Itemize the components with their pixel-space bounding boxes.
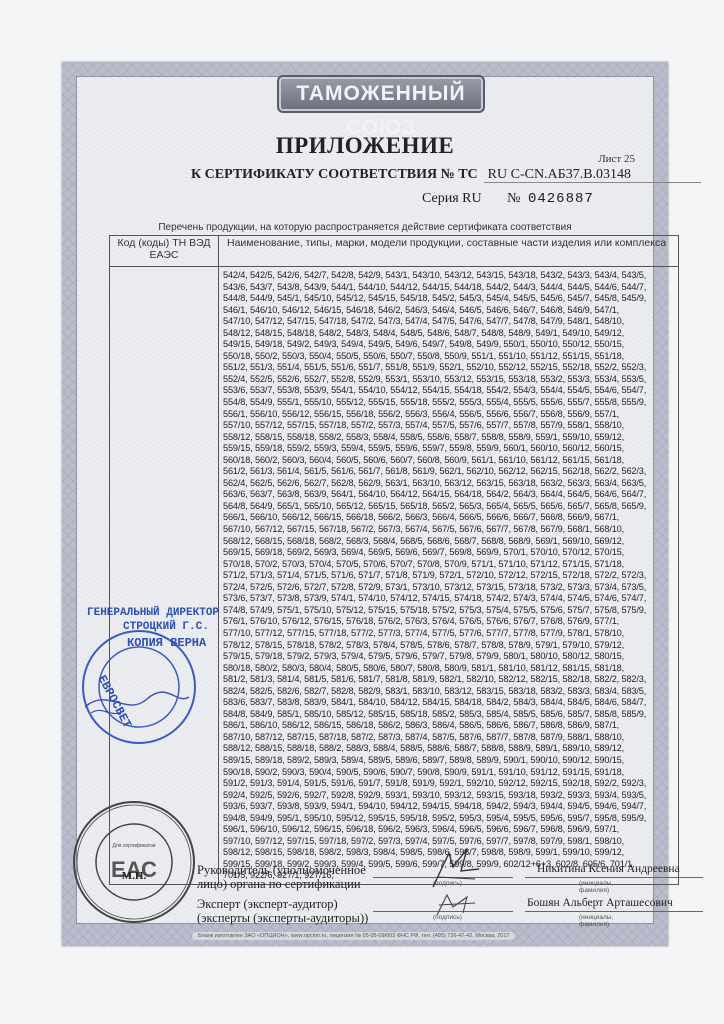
product-line: 562/4, 562/5, 562/6, 562/7, 562/8, 562/9… — [223, 478, 676, 490]
product-table: Код (коды) ТН ВЭД ЕАЭС Наименование, тип… — [109, 235, 679, 885]
col-hs-codes-header: Код (коды) ТН ВЭД ЕАЭС — [110, 236, 219, 267]
series-line: Серия RU № 0426887 — [422, 191, 594, 207]
products-cell: 542/4, 542/5, 542/6, 542/7, 542/8, 542/9… — [219, 267, 679, 885]
product-line: 547/10, 547/12, 547/15, 547/18, 547/2, 5… — [223, 316, 676, 328]
product-line: 567/10, 567/12, 567/15, 567/18, 567/2, 5… — [223, 524, 676, 536]
certificate-body: ТАМОЖЕННЫЙ СОЮЗ Лист 25 ПРИЛОЖЕНИЕ К СЕР… — [76, 76, 654, 924]
head-name: Никитина Ксения Андреевна — [537, 863, 680, 875]
product-line: 566/1, 566/10, 566/12, 566/15, 566/18, 5… — [223, 512, 676, 524]
product-line: 564/8, 564/9, 565/1, 565/10, 565/12, 565… — [223, 501, 676, 513]
product-line: 543/6, 543/7, 543/8, 543/9, 544/1, 544/1… — [223, 282, 676, 294]
product-lines: 542/4, 542/5, 542/6, 542/7, 542/8, 542/9… — [223, 270, 676, 882]
product-line: 583/6, 583/7, 583/8, 583/9, 584/1, 584/1… — [223, 697, 676, 709]
product-line: 593/6, 593/7, 593/8, 593/9, 594/1, 594/1… — [223, 801, 676, 813]
product-line: 586/1, 586/10, 586/12, 586/15, 586/18, 5… — [223, 720, 676, 732]
product-line: 556/1, 556/10, 556/12, 556/15, 556/18, 5… — [223, 409, 676, 421]
product-line: 560/18, 560/2, 560/3, 560/4, 560/5, 560/… — [223, 455, 676, 467]
product-line: 570/18, 570/2, 570/3, 570/4, 570/5, 570/… — [223, 559, 676, 571]
head-name-hint: (инициалы, фамилия) — [579, 880, 633, 894]
product-line: 594/8, 594/9, 595/1, 595/10, 595/12, 595… — [223, 813, 676, 825]
product-line: 597/10, 597/12, 597/15, 597/18, 597/2, 5… — [223, 836, 676, 848]
product-list-caption: Перечень продукции, на которую распростр… — [77, 222, 653, 233]
product-line: 596/1, 596/10, 596/12, 596/15, 596/18, 5… — [223, 824, 676, 836]
hs-codes-cell — [110, 267, 219, 885]
certificate-number: RU C-CN.АБ37.В.03148 — [484, 167, 701, 183]
product-line: 568/12, 568/15, 568/18, 568/2, 568/3, 56… — [223, 536, 676, 548]
col-products-header: Наименование, типы, марки, модели продук… — [219, 236, 679, 267]
product-line: 559/15, 559/18, 559/2, 559/3, 559/4, 559… — [223, 443, 676, 455]
product-line: 552/4, 552/5, 552/6, 552/7, 552/8, 552/9… — [223, 374, 676, 386]
product-line: 590/18, 590/2, 590/3, 590/4, 590/5, 590/… — [223, 767, 676, 779]
product-line: 584/8, 584/9, 585/1, 585/10, 585/12, 585… — [223, 709, 676, 721]
product-line: 561/2, 561/3, 561/4, 561/5, 561/6, 561/7… — [223, 466, 676, 478]
svg-text:М.П.: М.П. — [122, 870, 147, 882]
product-line: 576/1, 576/10, 576/12, 576/15, 576/18, 5… — [223, 616, 676, 628]
certification-seal-icon: Для сертификатов ЕАС М.П. — [69, 797, 199, 927]
signature-block: Руководитель (уполномоченное лицо) орган… — [197, 863, 633, 943]
product-line: 542/4, 542/5, 542/6, 542/7, 542/8, 542/9… — [223, 270, 676, 282]
product-line: 548/12, 548/15, 548/18, 548/2, 548/3, 54… — [223, 328, 676, 340]
expert-name: Бошян Альберт Арташесович — [527, 897, 673, 909]
company-stamp: ГЕНЕРАЛЬНЫЙ ДИРЕКТОР СТРОЦКИЙ Г.С. КОПИЯ… — [77, 587, 209, 757]
product-line: 571/2, 571/3, 571/4, 571/5, 571/6, 571/7… — [223, 570, 676, 582]
page-title: ПРИЛОЖЕНИЕ — [77, 133, 653, 159]
head-signature-hint: (подпись) — [433, 880, 462, 887]
product-line: 573/6, 573/7, 573/8, 573/9, 574/1, 574/1… — [223, 593, 676, 605]
product-line: 550/18, 550/2, 550/3, 550/4, 550/5, 550/… — [223, 351, 676, 363]
product-line: 553/6, 553/7, 553/8, 553/9, 554/1, 554/1… — [223, 385, 676, 397]
certification-body-stamp: Для сертификатов ЕАС М.П. — [69, 797, 199, 927]
product-line: 572/4, 572/5, 572/6, 572/7, 572/8, 572/9… — [223, 582, 676, 594]
stamp-director-title: ГЕНЕРАЛЬНЫЙ ДИРЕКТОР — [87, 607, 219, 619]
product-line: 592/4, 592/5, 592/6, 592/7, 592/8, 592/9… — [223, 790, 676, 802]
series-number: 0426887 — [528, 191, 594, 207]
expert-role: Эксперт (эксперт-аудитор) (эксперты (экс… — [197, 897, 368, 925]
product-line: 588/12, 588/15, 588/18, 588/2, 588/3, 58… — [223, 743, 676, 755]
product-line: 580/18, 580/2, 580/3, 580/4, 580/5, 580/… — [223, 663, 676, 675]
product-line: 544/8, 544/9, 545/1, 545/10, 545/12, 545… — [223, 293, 676, 305]
head-name-line — [525, 877, 703, 878]
product-line: 558/12, 558/15, 558/18, 558/2, 558/3, 55… — [223, 432, 676, 444]
product-line: 546/1, 546/10, 546/12, 546/15, 546/18, 5… — [223, 305, 676, 317]
product-line: 554/8, 554/9, 555/1, 555/10, 555/12, 555… — [223, 397, 676, 409]
customs-union-badge: ТАМОЖЕННЫЙ СОЮЗ — [277, 75, 485, 113]
product-line: 591/2, 591/3, 591/4, 591/5, 591/6, 591/7… — [223, 778, 676, 790]
product-line: 563/6, 563/7, 563/8, 563/9, 564/1, 564/1… — [223, 489, 676, 501]
expert-signature-hint: (подпись) — [433, 914, 462, 921]
product-line: 574/8, 574/9, 575/1, 575/10, 575/12, 575… — [223, 605, 676, 617]
stamp-director-name: СТРОЦКИЙ Г.С. — [123, 621, 209, 633]
svg-text:Для сертификатов: Для сертификатов — [113, 843, 156, 849]
product-line: 569/15, 569/18, 569/2, 569/3, 569/4, 569… — [223, 547, 676, 559]
product-line: 551/2, 551/3, 551/4, 551/5, 551/6, 551/7… — [223, 362, 676, 374]
product-line: 557/10, 557/12, 557/15, 557/18, 557/2, 5… — [223, 420, 676, 432]
stamp-copy-certified: КОПИЯ ВЕРНА — [127, 636, 206, 650]
expert-name-line — [525, 911, 703, 912]
product-line: 587/10, 587/12, 587/15, 587/18, 587/2, 5… — [223, 732, 676, 744]
series-label: Серия RU — [422, 191, 482, 206]
product-line: 549/15, 549/18, 549/2, 549/3, 549/4, 549… — [223, 339, 676, 351]
product-line: 582/4, 582/5, 582/6, 582/7, 582/8, 582/9… — [223, 686, 676, 698]
certificate-prefix: К СЕРТИФИКАТУ СООТВЕТСТВИЯ № ТС — [191, 167, 478, 182]
certificate-line: К СЕРТИФИКАТУ СООТВЕТСТВИЯ № ТСRU C-CN.А… — [191, 167, 701, 183]
product-line: 581/2, 581/3, 581/4, 581/5, 581/6, 581/7… — [223, 674, 676, 686]
certificate-sheet: ТАМОЖЕННЫЙ СОЮЗ Лист 25 ПРИЛОЖЕНИЕ К СЕР… — [62, 62, 668, 946]
product-line: 578/12, 578/15, 578/18, 578/2, 578/3, 57… — [223, 640, 676, 652]
series-number-label: № — [507, 191, 520, 206]
product-line: 589/15, 589/18, 589/2, 589/3, 589/4, 589… — [223, 755, 676, 767]
expert-name-hint: (инициалы, фамилия) — [579, 914, 633, 928]
product-line: 579/15, 579/18, 579/2, 579/3, 579/4, 579… — [223, 651, 676, 663]
product-line: 577/10, 577/12, 577/15, 577/18, 577/2, 5… — [223, 628, 676, 640]
head-role: Руководитель (уполномоченное лицо) орган… — [197, 863, 366, 891]
printer-imprint: Бланк изготовлен ЗАО «ОПЦИОН», www.opcio… — [192, 932, 515, 940]
